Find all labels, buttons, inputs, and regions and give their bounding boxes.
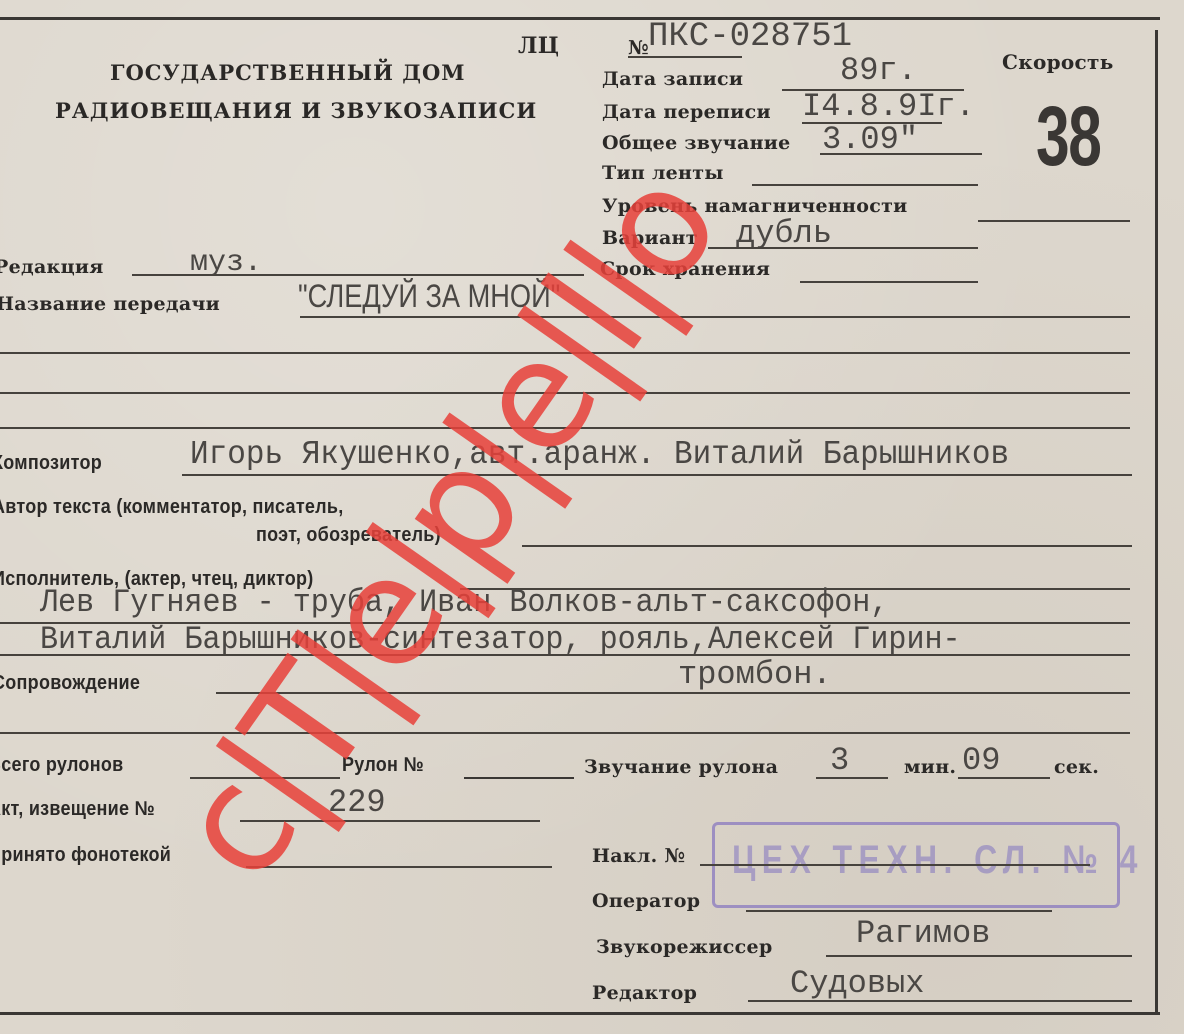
editor-value: Судовых xyxy=(790,965,924,1002)
variant-label: Вариант xyxy=(602,227,698,249)
act-label: Акт, извещение № xyxy=(0,798,155,821)
reel-minutes-value: 3 xyxy=(830,742,849,779)
sound-director-label: Звукорежиссер xyxy=(596,936,773,958)
archive-card: ГОСУДАРСТВЕННЫЙ ДОМ РАДИОВЕЩАНИЯ И ЗВУКО… xyxy=(0,0,1184,1034)
magnetization-field[interactable] xyxy=(978,220,1130,222)
reel-no-label: Рулон № xyxy=(342,754,424,777)
total-reels-label: Всего рулонов xyxy=(0,754,123,777)
editorial-label: Редакция xyxy=(0,256,104,278)
number-underline xyxy=(628,56,742,58)
editor-line xyxy=(748,1000,1132,1002)
title-line xyxy=(300,316,1130,318)
seconds-label: сек. xyxy=(1054,756,1099,778)
rewrite-date-label: Дата переписи xyxy=(602,101,771,123)
variant-line xyxy=(708,247,978,249)
storage-field[interactable] xyxy=(800,281,978,283)
tape-type-label: Тип ленты xyxy=(602,162,724,184)
performer-value-line2: Виталий Барышников-синтезатор, рояль,Але… xyxy=(40,621,961,658)
org-name-line2: РАДИОВЕЩАНИЯ И ЗВУКОЗАПИСИ xyxy=(55,98,537,123)
invoice-field[interactable] xyxy=(700,864,1090,866)
editorial-line xyxy=(132,274,584,276)
lyricist-label-line1: Автор текста (комментатор, писатель, xyxy=(0,496,343,519)
total-reels-field[interactable] xyxy=(190,777,340,779)
composer-value: Игорь Якушенко,авт.аранж. Виталий Барышн… xyxy=(190,436,1009,473)
title-label: Название передачи xyxy=(0,293,220,315)
accepted-field[interactable] xyxy=(246,866,552,868)
composer-line xyxy=(182,474,1132,476)
recording-date-label: Дата записи xyxy=(602,68,743,90)
total-duration-line xyxy=(820,153,982,155)
performer-line-3 xyxy=(0,654,1130,656)
magnetization-label: Уровень намагниченности xyxy=(602,195,908,217)
invoice-label: Накл. № xyxy=(592,845,685,867)
bottom-border xyxy=(0,1012,1160,1015)
blank-line-3 xyxy=(0,427,1130,429)
total-duration-label: Общее звучание xyxy=(602,132,791,154)
department-stamp-text: ЦЕХ ТЕХН. СЛ. № 4 xyxy=(732,838,1144,883)
rewrite-date-value: I4.8.9Iг. xyxy=(802,88,975,125)
code-label: ЛЦ xyxy=(518,33,559,59)
top-border xyxy=(0,17,1160,20)
org-name-line1: ГОСУДАРСТВЕННЫЙ ДОМ xyxy=(110,60,466,85)
performer-value-line3: тромбон. xyxy=(678,656,832,693)
sound-director-value: Рагимов xyxy=(856,915,990,952)
recording-date-value: 89г. xyxy=(840,52,917,89)
reel-duration-label: Звучание рулона xyxy=(584,756,778,778)
right-border xyxy=(1155,30,1158,1015)
minutes-label: мин. xyxy=(904,756,956,778)
lyricist-field[interactable] xyxy=(522,545,1132,547)
reel-minutes-line xyxy=(816,777,888,779)
blank-line-2 xyxy=(0,392,1130,394)
sound-director-line xyxy=(826,955,1132,957)
operator-label: Оператор xyxy=(592,890,700,912)
composer-label: Композитор xyxy=(0,452,102,475)
reel-seconds-line xyxy=(958,777,1050,779)
act-line xyxy=(240,820,540,822)
speed-value: 38 xyxy=(1036,88,1100,185)
storage-label: Срок хранения xyxy=(600,258,770,280)
editor-label: Редактор xyxy=(592,982,697,1004)
accompaniment-label: Сопровождение xyxy=(0,672,140,695)
speed-label: Скорость xyxy=(1002,50,1114,74)
blank-line-4 xyxy=(0,732,1130,734)
accepted-label: Принято фонотекой xyxy=(0,844,171,867)
tape-type-field[interactable] xyxy=(752,184,978,186)
reel-no-field[interactable] xyxy=(464,777,574,779)
reel-seconds-value: 09 xyxy=(962,742,1000,779)
lyricist-label-line2: поэт, обозреватель) xyxy=(256,524,441,547)
act-value: 229 xyxy=(328,784,386,821)
blank-line-1 xyxy=(0,352,1130,354)
title-value: "СЛЕДУЙ ЗА МНОЙ" xyxy=(298,278,560,315)
performer-value-line1: Лев Гугняев - труба, Иван Волков-альт-са… xyxy=(40,584,888,621)
number-value: ПКС-028751 xyxy=(648,18,852,56)
operator-field[interactable] xyxy=(746,910,1052,912)
accompaniment-field[interactable] xyxy=(216,692,1130,694)
